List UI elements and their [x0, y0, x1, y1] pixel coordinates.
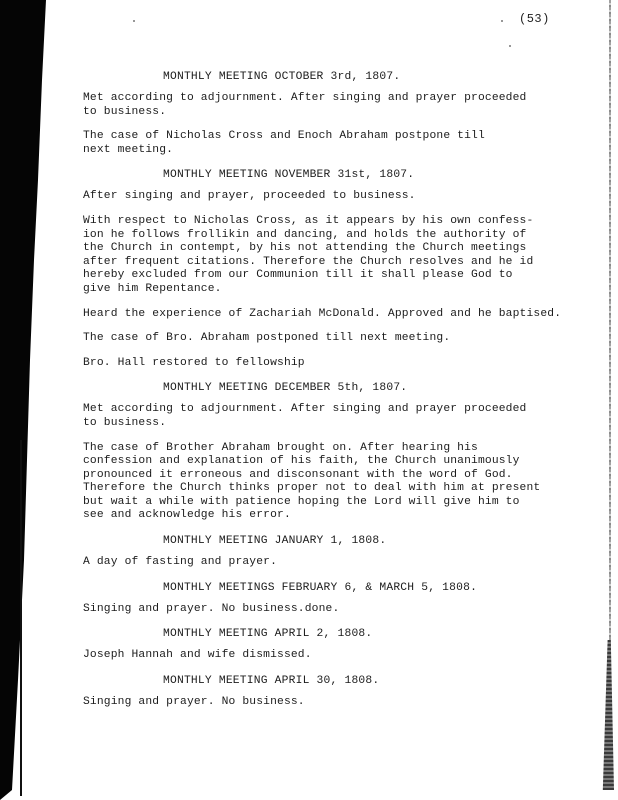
- paragraph: Met according to adjournment. After sing…: [83, 403, 603, 430]
- text-line: the Church in contempt, by his not atten…: [83, 242, 603, 256]
- text-line: pronounced it erroneous and disconsonant…: [83, 469, 603, 483]
- scan-speck: [501, 20, 503, 22]
- text-line: The case of Bro. Abraham postponed till …: [83, 332, 603, 346]
- text-line: Bro. Hall restored to fellowship: [83, 357, 603, 371]
- text-line: to business.: [83, 417, 603, 431]
- scan-speck: [133, 20, 135, 22]
- text-line: ion he follows frollikin and dancing, an…: [83, 229, 603, 243]
- meeting-heading: MONTHLY MEETING JANUARY 1, 1808.: [83, 534, 603, 548]
- text-line: The case of Nicholas Cross and Enoch Abr…: [83, 130, 603, 144]
- paragraph: Heard the experience of Zachariah McDona…: [83, 308, 603, 322]
- text-line: see and acknowledge his error.: [83, 509, 603, 523]
- text-line: Met according to adjournment. After sing…: [83, 403, 603, 417]
- scan-speck: [509, 45, 511, 47]
- text-line: Singing and prayer. No business.: [83, 696, 603, 710]
- meeting-heading: MONTHLY MEETING APRIL 2, 1808.: [83, 627, 603, 641]
- text-line: After singing and prayer, proceeded to b…: [83, 190, 603, 204]
- paragraph: A day of fasting and prayer.: [83, 556, 603, 570]
- paragraph: Bro. Hall restored to fellowship: [83, 357, 603, 371]
- paragraph: After singing and prayer, proceeded to b…: [83, 190, 603, 204]
- meeting-entry: MONTHLY MEETING DECEMBER 5th, 1807. Met …: [83, 381, 603, 523]
- text-line: but wait a while with patience hoping th…: [83, 496, 603, 510]
- text-line: give him Repentance.: [83, 283, 603, 297]
- text-line: confession and explanation of his faith,…: [83, 455, 603, 469]
- scan-left-edge-line: [20, 440, 22, 796]
- paragraph: The case of Bro. Abraham postponed till …: [83, 332, 603, 346]
- text-line: Heard the experience of Zachariah McDona…: [83, 308, 603, 322]
- scan-left-edge-shadow: [0, 0, 46, 800]
- meeting-heading: MONTHLY MEETING OCTOBER 3rd, 1807.: [83, 70, 603, 84]
- document-body: MONTHLY MEETING OCTOBER 3rd, 1807. Met a…: [83, 70, 603, 720]
- meeting-entry: MONTHLY MEETING OCTOBER 3rd, 1807. Met a…: [83, 70, 603, 157]
- page-number: (53): [519, 12, 550, 26]
- paragraph: Singing and prayer. No business.: [83, 696, 603, 710]
- text-line: A day of fasting and prayer.: [83, 556, 603, 570]
- paragraph: The case of Brother Abraham brought on. …: [83, 442, 603, 524]
- text-line: next meeting.: [83, 144, 603, 158]
- text-line: after frequent citations. Therefore the …: [83, 256, 603, 270]
- text-line: With respect to Nicholas Cross, as it ap…: [83, 215, 603, 229]
- paragraph: Joseph Hannah and wife dismissed.: [83, 649, 603, 663]
- text-line: The case of Brother Abraham brought on. …: [83, 442, 603, 456]
- paragraph: Met according to adjournment. After sing…: [83, 92, 603, 119]
- paragraph: The case of Nicholas Cross and Enoch Abr…: [83, 130, 603, 157]
- meeting-heading: MONTHLY MEETING NOVEMBER 31st, 1807.: [83, 168, 603, 182]
- meeting-heading: MONTHLY MEETING DECEMBER 5th, 1807.: [83, 381, 603, 395]
- meeting-entry: MONTHLY MEETING APRIL 2, 1808. Joseph Ha…: [83, 627, 603, 663]
- text-line: Joseph Hannah and wife dismissed.: [83, 649, 603, 663]
- meeting-entry: MONTHLY MEETING JANUARY 1, 1808. A day o…: [83, 534, 603, 570]
- meeting-heading: MONTHLY MEETINGS FEBRUARY 6, & MARCH 5, …: [83, 581, 603, 595]
- meeting-entry: MONTHLY MEETING APRIL 30, 1808. Singing …: [83, 674, 603, 710]
- text-line: Singing and prayer. No business.done.: [83, 603, 603, 617]
- paragraph: With respect to Nicholas Cross, as it ap…: [83, 215, 603, 297]
- text-line: Met according to adjournment. After sing…: [83, 92, 603, 106]
- text-line: hereby excluded from our Communion till …: [83, 269, 603, 283]
- text-line: to business.: [83, 106, 603, 120]
- paragraph: Singing and prayer. No business.done.: [83, 603, 603, 617]
- text-line: Therefore the Church thinks proper not t…: [83, 482, 603, 496]
- meeting-entry: MONTHLY MEETING NOVEMBER 31st, 1807. Aft…: [83, 168, 603, 370]
- meeting-entry: MONTHLY MEETINGS FEBRUARY 6, & MARCH 5, …: [83, 581, 603, 617]
- meeting-heading: MONTHLY MEETING APRIL 30, 1808.: [83, 674, 603, 688]
